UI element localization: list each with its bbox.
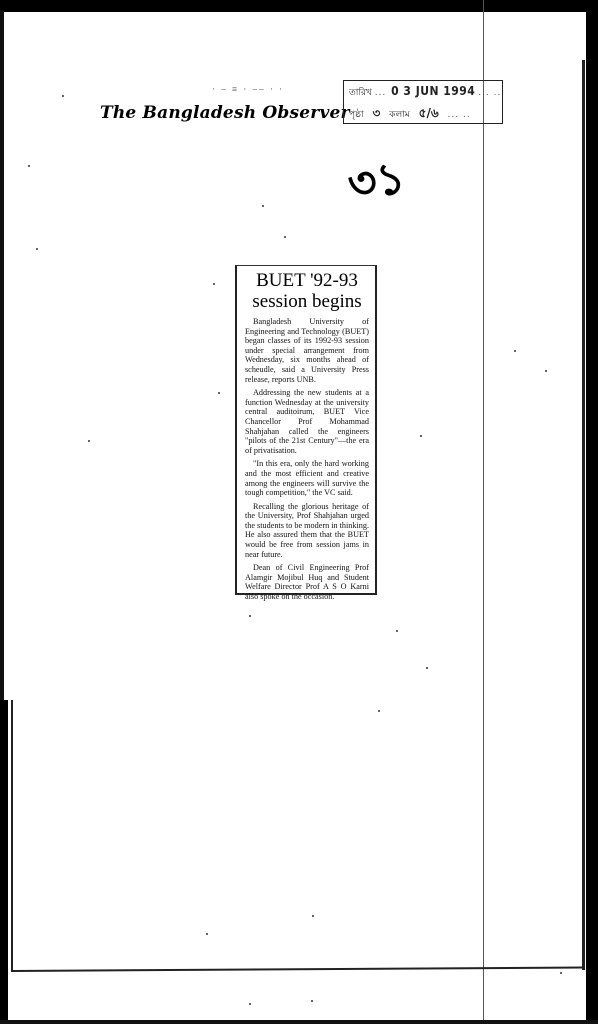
stamp-column-label: কলাম: [389, 110, 410, 120]
stamp-column-value: ৫/৬: [419, 106, 439, 120]
stamp-page-value: ৩: [372, 106, 380, 120]
scan-speck: [284, 236, 286, 238]
scan-speck: [62, 95, 64, 97]
page-left-rule: [11, 700, 13, 972]
scan-speck: [378, 710, 380, 712]
scan-speck: [311, 1000, 313, 1002]
scan-speck: [218, 392, 220, 394]
faint-scribble: · ‒ ≡ · ‒‒ · ·: [212, 84, 284, 94]
article-body: Bangladesh University of Engineering and…: [245, 317, 369, 602]
stamp-dots-trailing-2: ... ..: [448, 110, 471, 120]
stamp-dots-trailing: ... ..: [478, 88, 501, 98]
scan-speck: [249, 1003, 251, 1005]
scan-speck: [420, 435, 422, 437]
scan-speck: [426, 667, 428, 669]
scan-speck: [396, 630, 398, 632]
article-paragraph: "In this era, only the hard working and …: [245, 459, 369, 497]
page-right-edge: [582, 60, 585, 970]
stamp-date-row: তারিখ ... 0 3 JUN 1994 ... ..: [349, 84, 501, 100]
scan-speck: [545, 370, 547, 372]
scan-speck: [312, 915, 314, 917]
scan-bottom-border: [0, 1020, 598, 1024]
scan-speck: [249, 615, 251, 617]
handwritten-serial-number: ৩১: [345, 156, 408, 208]
archive-date-stamp: তারিখ ... 0 3 JUN 1994 ... .. পৃষ্ঠা ৩ ক…: [343, 80, 503, 124]
scan-speck: [88, 440, 90, 442]
stamp-date-value: 0 3 JUN 1994: [391, 84, 475, 98]
article-paragraph: Dean of Civil Engineering Prof Alamgir M…: [245, 563, 369, 601]
scan-speck: [262, 205, 264, 207]
stamp-date-label: তারিখ: [349, 88, 372, 98]
article-paragraph: Addressing the new students at a functio…: [245, 388, 369, 455]
article-paragraph: Bangladesh University of Engineering and…: [245, 317, 369, 384]
stamp-dots: ...: [375, 88, 387, 98]
scan-speck: [213, 283, 215, 285]
scan-speck: [28, 165, 30, 167]
page-bottom-edge: [12, 967, 584, 972]
scan-speck: [206, 933, 208, 935]
scan-top-border: [0, 0, 598, 12]
news-clipping: BUET '92-93 session begins Bangladesh Un…: [235, 265, 377, 595]
scan-speck: [36, 248, 38, 250]
stamp-page-row: পৃষ্ঠা ৩ কলাম ৫/৬ ... ..: [349, 105, 471, 125]
headline-line-1: BUET '92-93: [245, 270, 369, 291]
headline-line-2: session begins: [245, 291, 369, 312]
paper-fold-line: [483, 0, 484, 1024]
publication-masthead: The Bangladesh Observer: [100, 103, 350, 123]
scan-speck: [514, 350, 516, 352]
article-headline: BUET '92-93 session begins: [245, 270, 369, 312]
stamp-page-label: পৃষ্ঠা: [349, 110, 364, 120]
article-paragraph: Recalling the glorious heritage of the U…: [245, 502, 369, 560]
scan-right-border: [586, 0, 598, 1024]
scan-left-shadow: [0, 700, 8, 1024]
scan-speck: [560, 972, 562, 974]
